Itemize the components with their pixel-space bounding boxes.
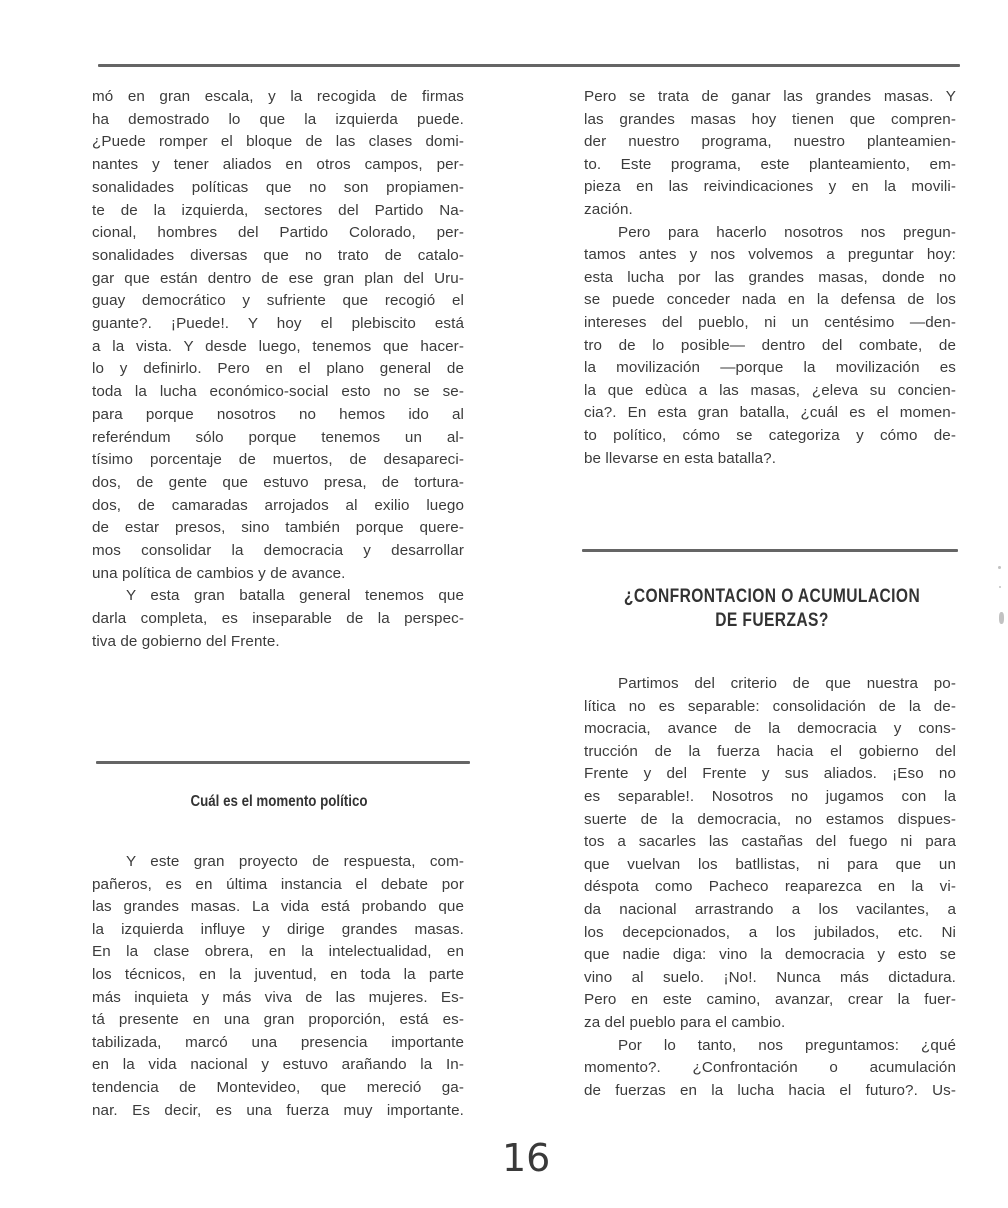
left-column: mó en gran escala, y la recogida de firm… (92, 86, 470, 1186)
text-line: referéndum sólo porque tenemos un al- (92, 427, 464, 449)
text-line: suerte de la democracia, no estamos disp… (584, 809, 956, 831)
text-line: mó en gran escala, y la recogida de firm… (92, 86, 464, 108)
text-line: mos consolidar la democracia y desarroll… (92, 540, 464, 562)
text-line: momento?. ¿Confrontación o acumulación (584, 1057, 956, 1079)
text-line: de fuerzas en la lucha hacia el futuro?.… (584, 1080, 956, 1102)
text-line: tamos antes y nos volvemos a preguntar h… (584, 244, 956, 266)
right-column: Pero se trata de ganar las grandes masas… (584, 86, 960, 1186)
text-line: tiva de gobierno del Frente. (92, 631, 464, 653)
text-line: tabilizada, marcó una presencia importan… (92, 1032, 464, 1054)
text-line: para porque nosotros no hemos ido al (92, 404, 464, 426)
text-line: der nuestro programa, nuestro planteamie… (584, 131, 956, 153)
section-heading-momento-politico: Cuál es el momento político (180, 793, 378, 811)
text-line: dos, de gente que estuvo presa, de tortu… (92, 472, 464, 494)
text-line: Y esta gran batalla general tenemos que (126, 585, 464, 607)
text-line: intereses del pueblo, ni un centésimo —d… (584, 312, 956, 334)
text-line: be llevarse en esta batalla?. (584, 448, 956, 470)
text-line: toda la lucha económico-social esto no s… (92, 381, 464, 403)
text-line: pañeros, es en última instancia el debat… (92, 874, 464, 896)
page-number: 16 (502, 1136, 550, 1180)
text-line: zación. (584, 199, 956, 221)
text-line: la izquierda influye y dirige grandes ma… (92, 919, 464, 941)
text-line: te de la izquierda, sectores del Partido… (92, 200, 464, 222)
text-line: darla completa, es inseparable de la per… (92, 608, 464, 630)
text-line: la que edùca a las masas, ¿eleva su conc… (584, 380, 956, 402)
text-line: ¿Puede romper el bloque de las clases do… (92, 131, 464, 153)
top-divider-rule (98, 64, 960, 67)
text-line: cia?. En esta gran batalla, ¿cuál es el … (584, 402, 956, 424)
text-line: lítica no es separable: consolidación de… (584, 696, 956, 718)
text-line: tro de lo posible— dentro del combate, d… (584, 335, 956, 357)
section-heading-confrontacion-line1: ¿CONFRONTACION O ACUMULACION (618, 586, 926, 608)
text-line: tá presente en una gran proporción, está… (92, 1009, 464, 1031)
text-line: za del pueblo para el cambio. (584, 1012, 956, 1034)
text-line: to político, cómo se categoriza y cómo d… (584, 425, 956, 447)
text-line: más inquieta y más viva de las mujeres. … (92, 987, 464, 1009)
text-line: nar. Es decir, es una fuerza muy importa… (92, 1100, 464, 1122)
text-line: los decepcionados, a los jubilados, etc.… (584, 922, 956, 944)
text-line: que nadie diga: vino la democracia y est… (584, 944, 956, 966)
text-line: gar que están dentro de ese gran plan de… (92, 268, 464, 290)
scan-speck (998, 566, 1001, 569)
text-line: sonalidades diversas que no trato de cat… (92, 245, 464, 267)
text-line: de estar presos, sino también porque que… (92, 517, 464, 539)
text-line: las grandes masas. La vida está probando… (92, 896, 464, 918)
text-line: la movilización —porque la movilización … (584, 357, 956, 379)
text-line: Y este gran proyecto de respuesta, com- (126, 851, 464, 873)
text-line: nantes y tener aliados en otros campos, … (92, 154, 464, 176)
text-line: Frente y del Frente y sus aliados. ¡Eso … (584, 763, 956, 785)
section-heading-confrontacion-line2: DE FUERZAS? (618, 610, 926, 632)
text-line: las grandes masas hoy tienen que compren… (584, 109, 956, 131)
text-line: ha demostrado lo que la izquierda puede. (92, 109, 464, 131)
text-line: se puede conceder nada en la defensa de … (584, 289, 956, 311)
left-section-divider (96, 761, 470, 764)
text-line: sonalidades políticas que no son propiam… (92, 177, 464, 199)
text-line: Pero se trata de ganar las grandes masas… (584, 86, 956, 108)
text-line: que vuelvan los batllistas, ni para que … (584, 854, 956, 876)
text-line: los técnicos, en la juventud, en toda la… (92, 964, 464, 986)
text-line: guay democrático y sufriente que recogió… (92, 290, 464, 312)
text-line: Por lo tanto, nos preguntamos: ¿qué (618, 1035, 956, 1057)
right-section-divider (582, 549, 958, 552)
scan-speck (999, 586, 1001, 588)
text-line: guante?. ¡Puede!. Y hoy el plebiscito es… (92, 313, 464, 335)
scan-speck (999, 612, 1004, 624)
text-line: to. Este programa, este planteamiento, e… (584, 154, 956, 176)
text-line: Pero para hacerlo nosotros nos pregun- (618, 222, 956, 244)
text-line: lo y definirlo. Pero en el plano general… (92, 358, 464, 380)
text-line: es separable!. Nosotros no jugamos con l… (584, 786, 956, 808)
text-line: tísimo porcentaje de muertos, de desapar… (92, 449, 464, 471)
text-line: vino al suelo. ¡No!. Nunca más dictadura… (584, 967, 956, 989)
text-line: tos a sacarles las castañas del fuego ni… (584, 831, 956, 853)
text-line: cional, hombres del Partido Colorado, pe… (92, 222, 464, 244)
text-line: una política de cambios y de avance. (92, 563, 464, 585)
text-line: pieza en las reivindicaciones y en la mo… (584, 176, 956, 198)
text-line: En la clase obrera, en la intelectualida… (92, 941, 464, 963)
text-line: esta lucha por las grandes masas, donde … (584, 267, 956, 289)
text-line: mocracia, avance de la democracia y cons… (584, 718, 956, 740)
text-line: Partimos del criterio de que nuestra po- (618, 673, 956, 695)
text-line: en la vida nacional y estuvo arañando la… (92, 1054, 464, 1076)
text-line: a la vista. Y desde luego, tenemos que h… (92, 336, 464, 358)
text-line: Pero en este camino, avanzar, crear la f… (584, 989, 956, 1011)
text-line: trucción de la fuerza hacia el gobierno … (584, 741, 956, 763)
text-line: déspota como Pacheco reaparezca en la vi… (584, 876, 956, 898)
text-line: tendencia de Montevideo, que mereció ga- (92, 1077, 464, 1099)
text-line: da nacional arrastrando a los vacilantes… (584, 899, 956, 921)
text-line: dos, de camaradas arrojados al exilio lu… (92, 495, 464, 517)
